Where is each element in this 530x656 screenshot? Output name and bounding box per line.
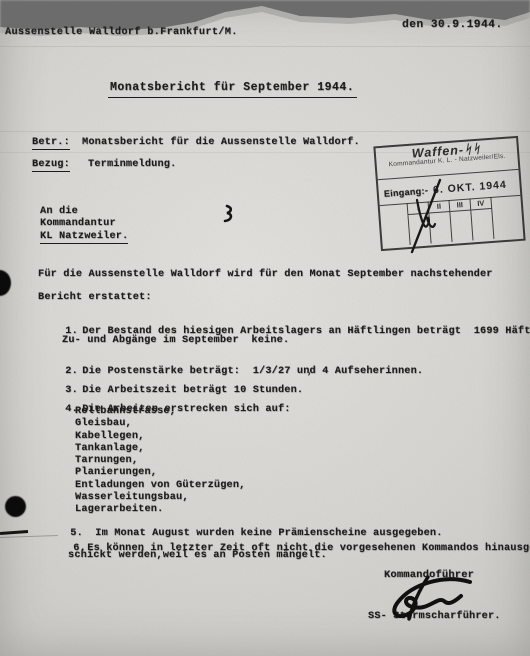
signature: [382, 574, 482, 622]
work-list-item: Tarnungen,: [75, 455, 245, 467]
recipient-line: Kommandantur: [40, 218, 116, 229]
margin-dash: [0, 530, 28, 534]
handwritten-checkmark: [400, 178, 460, 258]
work-list-item: Rollbahnstrasse,: [75, 406, 245, 418]
work-list-item: Kabellegen,: [75, 431, 245, 443]
scanned-document: Aussenstelle Walldorf b.Frankfurt/M. den…: [0, 0, 530, 656]
intro-line-1: Für die Aussenstelle Walldorf wird für d…: [38, 269, 493, 280]
work-list-item: Wasserleitungsbau,: [75, 492, 245, 504]
work-list: Rollbahnstrasse,Gleisbau,Kabellegen,Tank…: [75, 406, 245, 517]
reference-label: Bezug:: [32, 159, 70, 172]
work-list-item: Gleisbau,: [75, 418, 245, 430]
work-list-item: Planierungen,: [75, 467, 245, 479]
scan-streak: [0, 46, 530, 47]
date-line: den 30.9.1944.: [402, 19, 503, 31]
recipient-line: An die: [40, 206, 78, 217]
work-list-item: Tankanlage,: [75, 443, 245, 455]
scan-streak: [0, 131, 530, 132]
scan-artifact: ›: [306, 369, 312, 380]
sender-line: Aussenstelle Walldorf b.Frankfurt/M.: [5, 27, 238, 38]
subject-text: Monatsbericht für die Aussenstelle Walld…: [82, 137, 360, 148]
item-text: schickt werden,weil es an Posten mängelt…: [68, 550, 327, 561]
hole-punch: [0, 270, 11, 296]
ink-blob: [222, 204, 236, 224]
subject-label: Betr.:: [32, 137, 70, 150]
doc-title: Monatsbericht für September 1944.: [108, 81, 357, 98]
reference-text: Terminmeldung.: [88, 159, 176, 170]
item-text: Zu- und Abgänge im September keine.: [62, 335, 289, 346]
work-list-item: Lagerarbeiten.: [75, 504, 245, 516]
intro-line-2: Bericht erstattet:: [38, 292, 152, 303]
hole-punch: [5, 496, 26, 517]
recipient-line: KL Natzweiler.: [40, 231, 128, 244]
work-list-item: Entladungen von Güterzügen,: [75, 480, 245, 492]
